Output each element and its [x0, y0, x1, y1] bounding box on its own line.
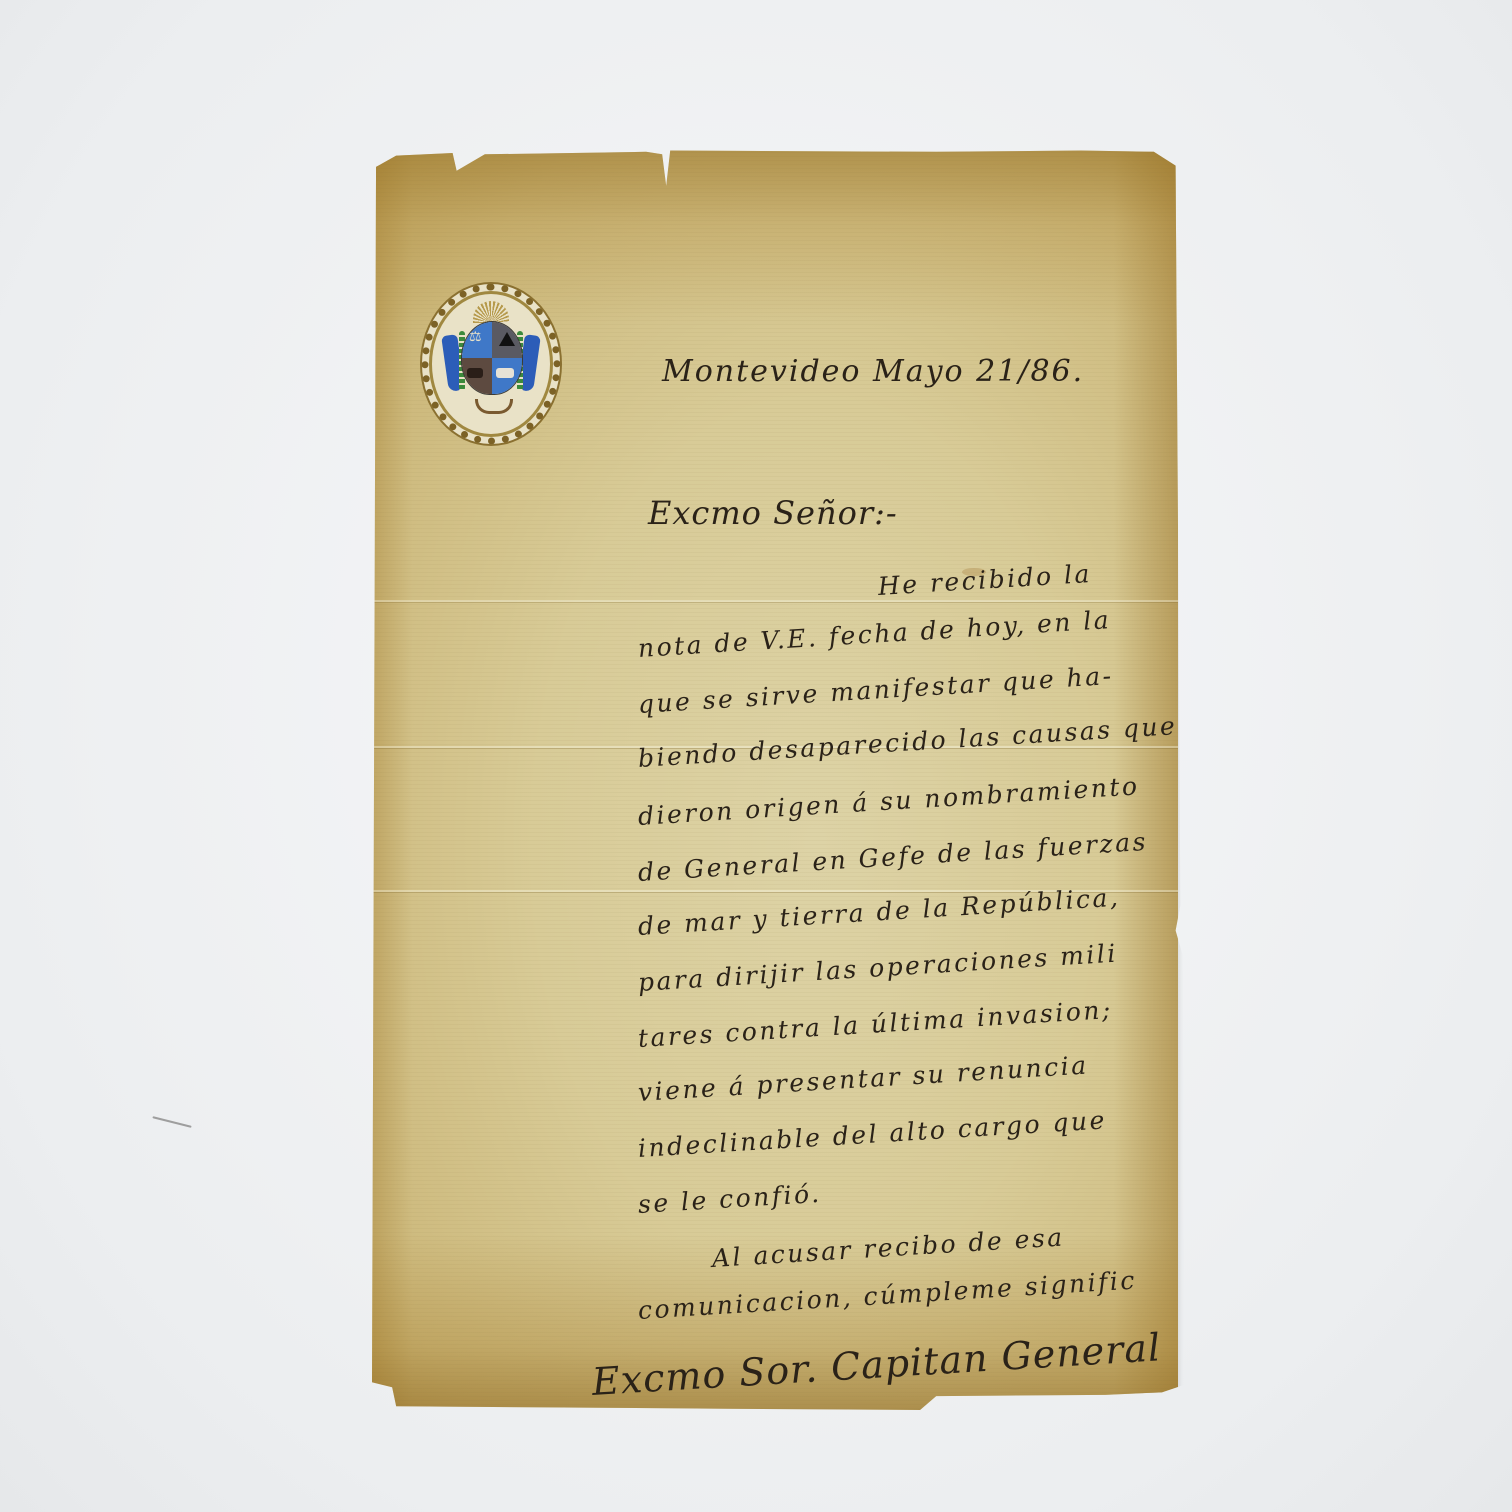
mountain-icon — [499, 332, 515, 346]
sun-of-may-icon — [473, 301, 509, 323]
horse-icon — [467, 368, 483, 378]
ribbon-icon — [475, 399, 513, 414]
coat-of-arms-icon: ⚖ — [422, 284, 560, 444]
shield-icon: ⚖ — [461, 321, 523, 395]
fold-line — [372, 600, 1178, 602]
salutation: Excmo Señor:- — [648, 494, 898, 532]
dateline: Montevideo Mayo 21/86. — [662, 354, 1084, 389]
scales-icon: ⚖ — [469, 330, 482, 344]
letter-paper: ⚖ Montevideo Mayo 21/86. Excmo Señor:- H… — [372, 148, 1178, 1410]
ox-icon — [496, 368, 514, 378]
